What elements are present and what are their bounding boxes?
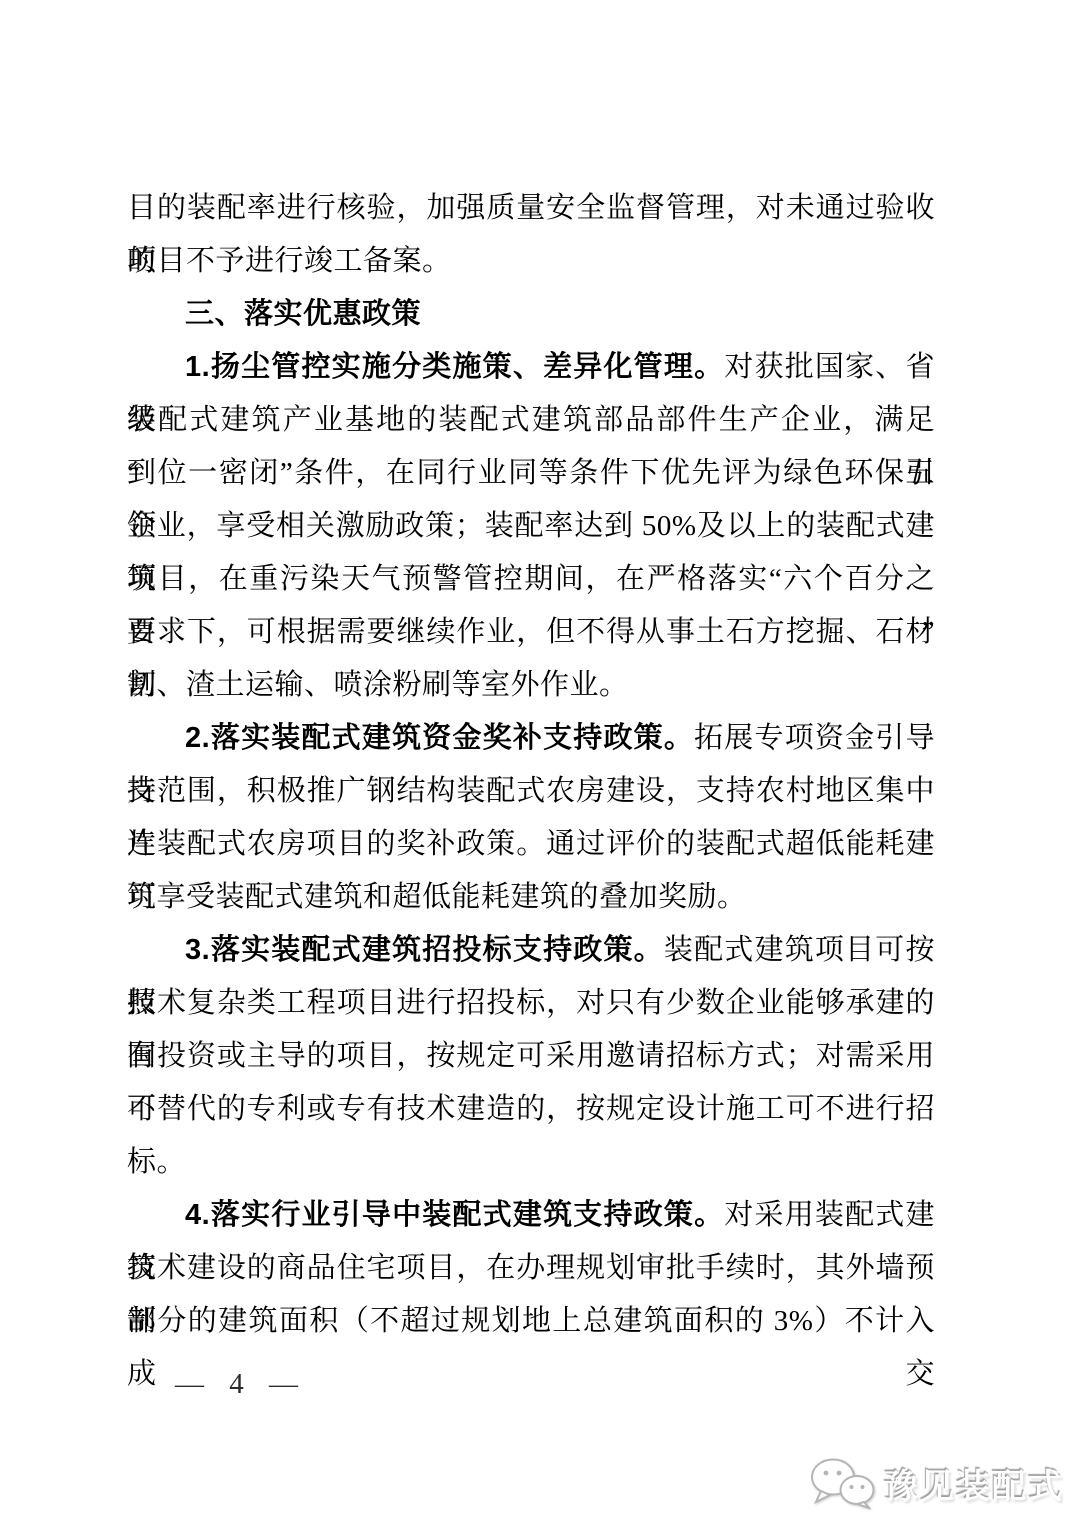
text-line: 片装配式农房项目的奖补政策。通过评价的装配式超低能耗建筑 — [127, 818, 935, 871]
text-segment: 标。 — [127, 1146, 186, 1178]
bold-text-segment: 三、落实优惠政策 — [185, 298, 421, 330]
text-segment: 项目不予进行竣工备案。 — [127, 245, 452, 277]
watermark-text: 豫见装配式 — [884, 1459, 1064, 1508]
text-line: 装配式建筑产业基地的装配式建筑部品部件生产企业，满足“五 — [127, 394, 935, 447]
text-line: 项目，在重污染天气预警管控期间，在严格落实“六个百分之百” — [127, 553, 935, 606]
text-line: 项目不予进行竣工备案。 — [127, 235, 935, 288]
text-line: 部分的建筑面积（不超过规划地上总建筑面积的 3%）不计入成交 — [127, 1295, 935, 1348]
bold-text-segment: 4.落实行业引导中装配式建筑支持政策。 — [185, 1199, 724, 1231]
text-line: 4.落实行业引导中装配式建筑支持政策。对采用装配式建筑 — [127, 1189, 935, 1242]
watermark: 豫见装配式 — [808, 1457, 1064, 1509]
text-line: 1.扬尘管控实施分类施策、差异化管理。对获批国家、省级 — [127, 341, 935, 394]
bold-text-segment: 1.扬尘管控实施分类施策、差异化管理。 — [185, 351, 724, 383]
text-segment: 割、渣土运输、喷涂粉刷等室外作业。 — [127, 669, 629, 701]
bold-text-segment: 3.落实装配式建筑招投标支持政策。 — [185, 934, 664, 966]
bold-text-segment: 2.落实装配式建筑资金奖补支持政策。 — [185, 722, 694, 754]
text-segment: 可享受装配式建筑和超低能耗建筑的叠加奖励。 — [127, 881, 747, 913]
text-line: 到位一密闭”条件，在同行业同等条件下优先评为绿色环保引领 — [127, 447, 935, 500]
text-line: 要求下，可根据需要继续作业，但不得从事土石方挖掘、石材切 — [127, 606, 935, 659]
text-line: 企业，享受相关激励政策；装配率达到 50%及以上的装配式建筑 — [127, 500, 935, 553]
text-line: 割、渣土运输、喷涂粉刷等室外作业。 — [127, 659, 935, 712]
text-line: 可享受装配式建筑和超低能耗建筑的叠加奖励。 — [127, 871, 935, 924]
document-body: 目的装配率进行核验，加强质量安全监督管理，对未通过验收的项目不予进行竣工备案。三… — [127, 182, 935, 1348]
text-line: 三、落实优惠政策 — [127, 288, 935, 341]
text-line: 有投资或主导的项目，按规定可采用邀请招标方式；对需采用不 — [127, 1030, 935, 1083]
text-line: 2.落实装配式建筑资金奖补支持政策。拓展专项资金引导支 — [127, 712, 935, 765]
document-page: 目的装配率进行核验，加强质量安全监督管理，对未通过验收的项目不予进行竣工备案。三… — [0, 0, 1080, 1527]
wechat-icon — [808, 1457, 876, 1509]
text-line: 技术建设的商品住宅项目，在办理规划审批手续时，其外墙预制 — [127, 1242, 935, 1295]
text-line: 标。 — [127, 1136, 935, 1189]
page-number: — 4 — — [175, 1368, 298, 1401]
text-line: 技术复杂类工程项目进行招投标，对只有少数企业能够承建的国 — [127, 977, 935, 1030]
text-line: 可替代的专利或专有技术建造的，按规定设计施工可不进行招 — [127, 1083, 935, 1136]
text-line: 3.落实装配式建筑招投标支持政策。装配式建筑项目可按照 — [127, 924, 935, 977]
text-segment: 可替代的专利或专有技术建造的，按规定设计施工可不进行招 — [127, 1093, 935, 1125]
text-line: 持范围，积极推广钢结构装配式农房建设，支持农村地区集中连 — [127, 765, 935, 818]
text-line: 目的装配率进行核验，加强质量安全监督管理，对未通过验收的 — [127, 182, 935, 235]
